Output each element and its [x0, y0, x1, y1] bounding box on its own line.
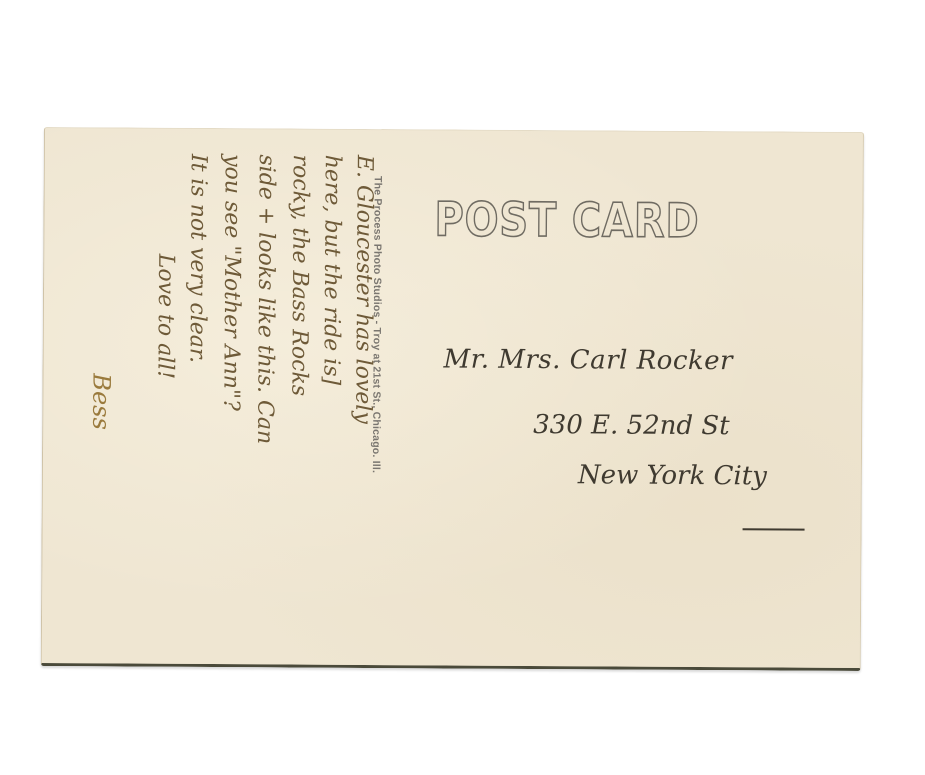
message-line: rocky, the Bass Rocks	[287, 154, 310, 396]
message-line: E. Gloucester has lovely	[351, 155, 375, 424]
recipient-name: Mr. Mrs. Carl Rocker	[443, 344, 733, 376]
address-underline	[743, 528, 805, 530]
recipient-city: New York City	[578, 460, 767, 491]
postcard-title: POST CARD	[434, 196, 699, 245]
message-line: you see "Mother Ann"?	[219, 154, 243, 411]
recipient-street: 330 E. 52nd St	[533, 410, 730, 441]
signature: Bess	[87, 373, 115, 430]
message-line: Love to all!	[153, 254, 176, 380]
handwritten-message: E. Gloucester has lovely here, but the r…	[72, 153, 380, 635]
postcard-back: POST CARD The Process Photo Studios - Tr…	[41, 127, 864, 671]
message-line: side + looks like this. Can	[253, 154, 277, 444]
message-line: It is not very clear.	[186, 154, 209, 363]
message-line: here, but the ride is]	[319, 155, 342, 386]
